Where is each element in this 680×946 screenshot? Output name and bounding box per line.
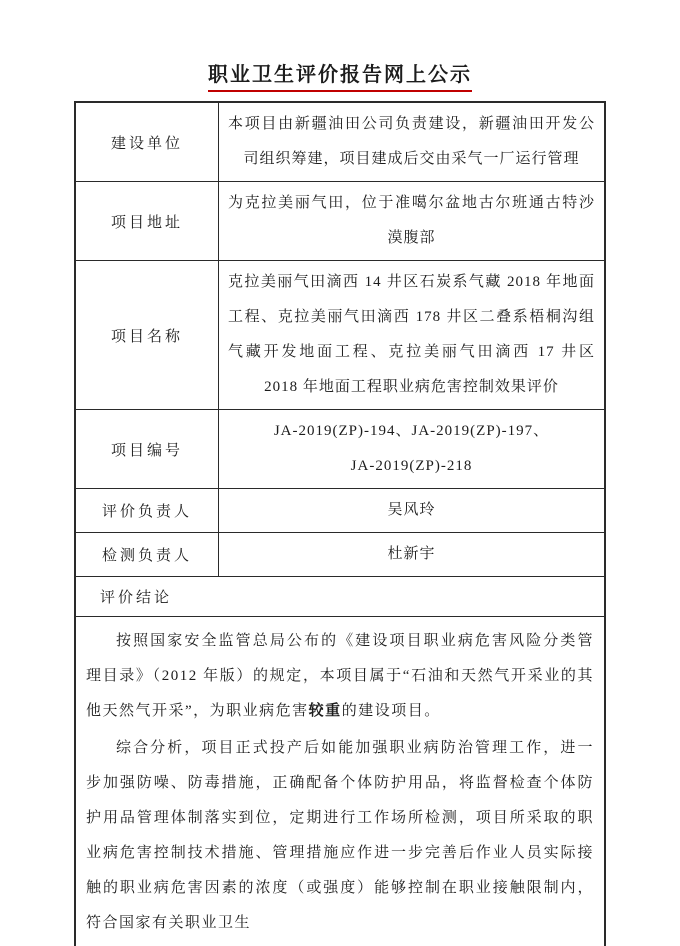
table-row-project-number: 项目编号 JA-2019(ZP)-194、JA-2019(ZP)-197、 JA… (76, 409, 604, 488)
table-row-conclusion-body: 按照国家安全监管总局公布的《建设项目职业病危害风险分类管理目录》（2012 年版… (76, 616, 604, 946)
evaluation-lead-value: 吴风玲 (228, 493, 595, 528)
testing-lead-value: 杜新宇 (228, 537, 595, 572)
conclusion-p1-tail-text: 的建设项目。 (342, 703, 441, 719)
project-number-line-2: JA-2019(ZP)-218 (228, 449, 595, 484)
project-number-value: JA-2019(ZP)-194、JA-2019(ZP)-197、 JA-2019… (228, 414, 595, 484)
construction-unit-value: 本项目由新疆油田公司负责建设，新疆油田开发公司组织筹建，项目建成后交由采气一厂运… (228, 107, 595, 177)
testing-lead-label: 检测负责人 (76, 533, 219, 576)
page-title-text: 职业卫生评价报告网上公示 (208, 62, 472, 92)
conclusion-p1-bold-text: 较重 (309, 703, 342, 719)
table-row-conclusion-label: 评价结论 (76, 576, 604, 616)
conclusion-paragraph-2: 综合分析，项目正式投产后如能加强职业病防治管理工作，进一步加强防噪、防毒措施，正… (86, 731, 594, 941)
project-name-value: 克拉美丽气田滴西 14 井区石炭系气藏 2018 年地面工程、克拉美丽气田滴西 … (228, 265, 595, 405)
project-name-value-cell: 克拉美丽气田滴西 14 井区石炭系气藏 2018 年地面工程、克拉美丽气田滴西 … (219, 261, 604, 409)
evaluation-lead-label: 评价负责人 (76, 489, 219, 532)
project-address-value-cell: 为克拉美丽气田，位于准噶尔盆地古尔班通古特沙漠腹部 (219, 182, 604, 260)
project-name-label: 项目名称 (76, 261, 219, 409)
project-number-label: 项目编号 (76, 410, 219, 488)
project-address-value: 为克拉美丽气田，位于准噶尔盆地古尔班通古特沙漠腹部 (228, 186, 595, 256)
table-row-testing-lead: 检测负责人 杜新宇 (76, 532, 604, 576)
table-row-project-name: 项目名称 克拉美丽气田滴西 14 井区石炭系气藏 2018 年地面工程、克拉美丽… (76, 260, 604, 409)
project-number-value-cell: JA-2019(ZP)-194、JA-2019(ZP)-197、 JA-2019… (219, 410, 604, 488)
document-page: 职业卫生评价报告网上公示 建设单位 本项目由新疆油田公司负责建设，新疆油田开发公… (0, 0, 680, 946)
construction-unit-label: 建设单位 (76, 103, 219, 181)
testing-lead-value-cell: 杜新宇 (219, 533, 604, 576)
project-address-label: 项目地址 (76, 182, 219, 260)
table-row-construction-unit: 建设单位 本项目由新疆油田公司负责建设，新疆油田开发公司组织筹建，项目建成后交由… (76, 103, 604, 181)
evaluation-lead-value-cell: 吴风玲 (219, 489, 604, 532)
table-row-project-address: 项目地址 为克拉美丽气田，位于准噶尔盆地古尔班通古特沙漠腹部 (76, 181, 604, 260)
page-title: 职业卫生评价报告网上公示 (0, 0, 680, 92)
conclusion-label: 评价结论 (100, 586, 172, 607)
construction-unit-value-cell: 本项目由新疆油田公司负责建设，新疆油田开发公司组织筹建，项目建成后交由采气一厂运… (219, 103, 604, 181)
table-row-evaluation-lead: 评价负责人 吴风玲 (76, 488, 604, 532)
project-number-line-1: JA-2019(ZP)-194、JA-2019(ZP)-197、 (228, 414, 595, 449)
conclusion-paragraph-1: 按照国家安全监管总局公布的《建设项目职业病危害风险分类管理目录》（2012 年版… (86, 624, 594, 729)
publicity-table: 建设单位 本项目由新疆油田公司负责建设，新疆油田开发公司组织筹建，项目建成后交由… (74, 101, 606, 946)
